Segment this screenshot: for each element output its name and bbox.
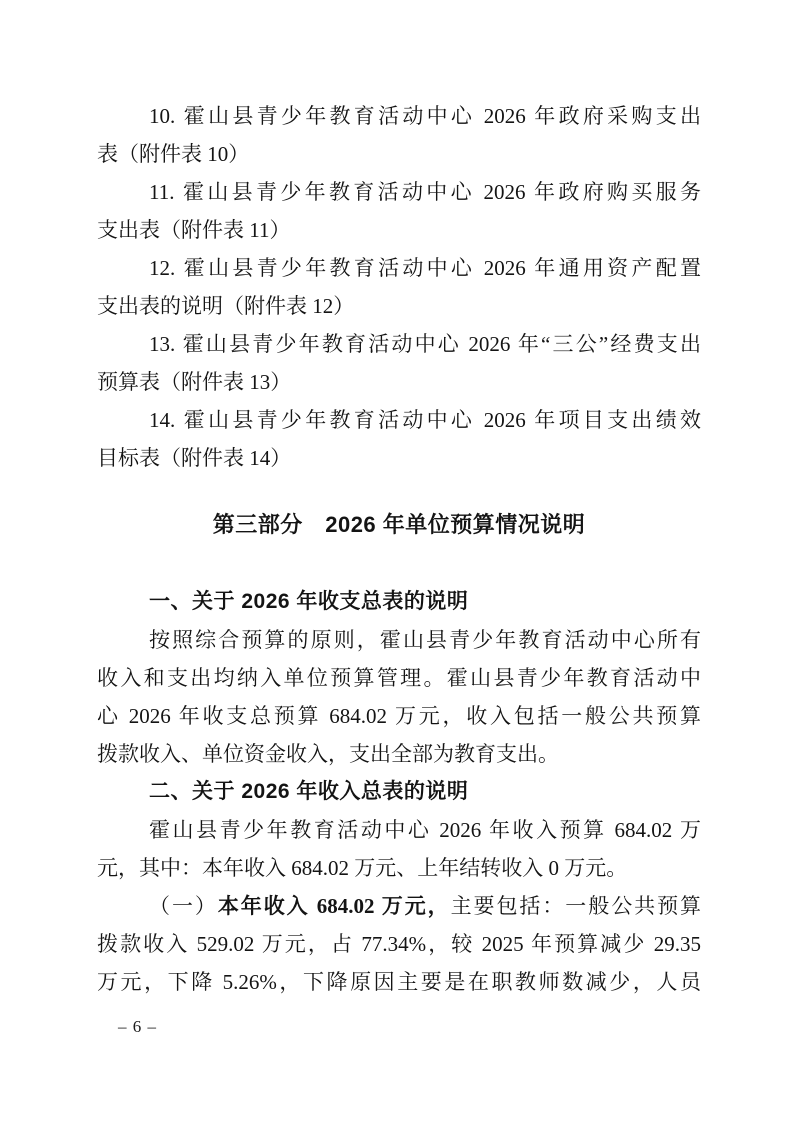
text-segment: 主要包括：一般公共预算 bbox=[451, 894, 701, 918]
text-segment: 表（附件表 10） bbox=[97, 142, 249, 166]
text-segment: 支出表的说明（附件表 12） bbox=[97, 294, 354, 318]
attachment-item-10: 10. 霍山县青少年教育活动中心 2026 年政府采购支出 bbox=[97, 97, 701, 135]
text-segment: 一、关于 2026 年收支总表的说明 bbox=[149, 590, 468, 613]
attachment-item-12: 12. 霍山县青少年教育活动中心 2026 年通用资产配置 bbox=[97, 249, 701, 287]
paragraph-line: 收入和支出均纳入单位预算管理。霍山县青少年教育活动中 bbox=[97, 659, 701, 697]
paragraph-line: 心 2026 年收支总预算 684.02 万元，收入包括一般公共预算 bbox=[97, 697, 701, 735]
budget-notes: 一、关于 2026 年收支总表的说明按照综合预算的原则，霍山县青少年教育活动中心… bbox=[97, 583, 701, 1001]
text-segment: 10. 霍山县青少年教育活动中心 2026 年政府采购支出 bbox=[149, 104, 701, 128]
text-segment: 收入和支出均纳入单位预算管理。霍山县青少年教育活动中 bbox=[97, 666, 701, 690]
text-segment: 霍山县青少年教育活动中心 2026 年收入预算 684.02 万 bbox=[149, 818, 701, 842]
attachment-item-11: 11. 霍山县青少年教育活动中心 2026 年政府购买服务 bbox=[97, 173, 701, 211]
paragraph-line: 按照综合预算的原则，霍山县青少年教育活动中心所有 bbox=[97, 621, 701, 659]
paragraph-line: 元，其中：本年收入 684.02 万元、上年结转收入 0 万元。 bbox=[97, 849, 701, 887]
text-segment: 预算表（附件表 13） bbox=[97, 370, 291, 394]
paragraph-line: 霍山县青少年教育活动中心 2026 年收入预算 684.02 万 bbox=[97, 811, 701, 849]
text-segment: 14. 霍山县青少年教育活动中心 2026 年项目支出绩效 bbox=[149, 408, 701, 432]
text-segment: （一） bbox=[149, 894, 218, 918]
section-heading-income-table: 二、关于 2026 年收入总表的说明 bbox=[97, 773, 701, 811]
paragraph-line: 拨款收入 529.02 万元，占 77.34%，较 2025 年预算减少 29.… bbox=[97, 925, 701, 963]
subsection-current-year-income: （一）本年收入 684.02 万元，主要包括：一般公共预算 bbox=[97, 887, 701, 925]
bold-text-segment: 本年收入 684.02 万元， bbox=[218, 894, 451, 918]
text-segment: 支出表（附件表 11） bbox=[97, 218, 290, 242]
attachment-item-12-cont: 支出表的说明（附件表 12） bbox=[97, 287, 701, 325]
section-heading-overall-budget: 一、关于 2026 年收支总表的说明 bbox=[97, 583, 701, 621]
text-segment: 按照综合预算的原则，霍山县青少年教育活动中心所有 bbox=[149, 628, 701, 652]
text-segment: 心 2026 年收支总预算 684.02 万元，收入包括一般公共预算 bbox=[97, 704, 701, 728]
attachment-item-11-cont: 支出表（附件表 11） bbox=[97, 211, 701, 249]
document-content: 10. 霍山县青少年教育活动中心 2026 年政府采购支出表（附件表 10）11… bbox=[97, 97, 701, 1001]
attachment-item-14: 14. 霍山县青少年教育活动中心 2026 年项目支出绩效 bbox=[97, 401, 701, 439]
page-number: – 6 – bbox=[118, 1014, 157, 1040]
attachment-item-10-cont: 表（附件表 10） bbox=[97, 135, 701, 173]
paragraph-line: 拨款收入、单位资金收入，支出全部为教育支出。 bbox=[97, 735, 701, 773]
paragraph-line: 万元，下降 5.26%，下降原因主要是在职教师数减少，人员 bbox=[97, 963, 701, 1001]
text-segment: 13. 霍山县青少年教育活动中心 2026 年“三公”经费支出 bbox=[149, 332, 701, 356]
text-segment: 万元，下降 5.26%，下降原因主要是在职教师数减少，人员 bbox=[97, 970, 701, 994]
attachment-item-14-cont: 目标表（附件表 14） bbox=[97, 439, 701, 477]
text-segment: 目标表（附件表 14） bbox=[97, 446, 291, 470]
part-title: 第三部分 2026 年单位预算情况说明 bbox=[97, 505, 701, 545]
text-segment: 二、关于 2026 年收入总表的说明 bbox=[149, 780, 468, 803]
text-segment: 拨款收入 529.02 万元，占 77.34%，较 2025 年预算减少 29.… bbox=[97, 932, 701, 956]
attachment-list: 10. 霍山县青少年教育活动中心 2026 年政府采购支出表（附件表 10）11… bbox=[97, 97, 701, 477]
text-segment: 拨款收入、单位资金收入，支出全部为教育支出。 bbox=[97, 742, 559, 766]
text-segment: 12. 霍山县青少年教育活动中心 2026 年通用资产配置 bbox=[149, 256, 701, 280]
text-segment: 元，其中：本年收入 684.02 万元、上年结转收入 0 万元。 bbox=[97, 856, 627, 880]
attachment-item-13-cont: 预算表（附件表 13） bbox=[97, 363, 701, 401]
attachment-item-13: 13. 霍山县青少年教育活动中心 2026 年“三公”经费支出 bbox=[97, 325, 701, 363]
text-segment: 11. 霍山县青少年教育活动中心 2026 年政府购买服务 bbox=[149, 180, 701, 204]
document-page: 10. 霍山县青少年教育活动中心 2026 年政府采购支出表（附件表 10）11… bbox=[0, 0, 793, 1122]
